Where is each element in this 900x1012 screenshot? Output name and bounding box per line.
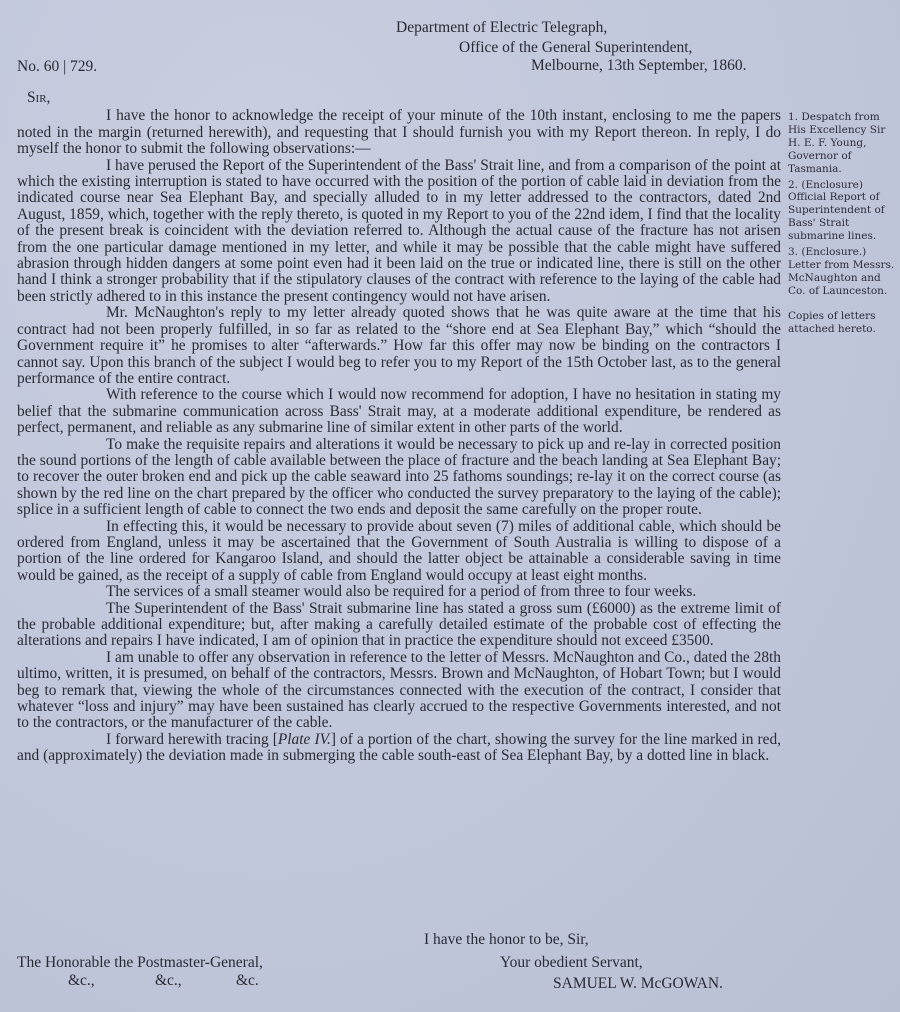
- plate-reference: Plate IV.: [278, 731, 331, 748]
- signature: SAMUEL W. McGOWAN.: [553, 975, 723, 993]
- addressee: The Honorable the Postmaster-General,: [17, 954, 263, 972]
- paragraph-repairs: To make the requisite repairs and altera…: [17, 437, 781, 519]
- paragraph-report-perusal: I have perused the Report of the Superin…: [17, 158, 781, 306]
- obedient-servant: Your obedient Servant,: [500, 954, 643, 972]
- margin-note-despatch: 1. Despatch from His Excellency Sir H. E…: [788, 111, 898, 176]
- paragraph-additional-cable: In effecting this, it would be necessary…: [17, 519, 781, 585]
- addressee-etc-2: &c.,: [155, 972, 182, 990]
- paragraph-acknowledgement: I have the honor to acknowledge the rece…: [17, 108, 781, 157]
- letter-body: Sir, I have the honor to acknowledge the…: [17, 90, 781, 765]
- department-heading: Department of Electric Telegraph,: [396, 19, 607, 37]
- margin-notes: 1. Despatch from His Excellency Sir H. E…: [788, 111, 898, 339]
- addressee-etc-1: &c.,: [68, 972, 95, 990]
- paragraph-recommendation: With reference to the course which I wou…: [17, 387, 781, 436]
- paragraph-tracing: I forward herewith tracing [Plate IV.] o…: [17, 732, 781, 765]
- closing-line: I have the honor to be, Sir,: [424, 931, 589, 949]
- place-date: Melbourne, 13th September, 1860.: [531, 57, 746, 75]
- salutation: Sir,: [17, 90, 781, 106]
- paragraph-expenditure: The Superintendent of the Bass' Strait s…: [17, 601, 781, 650]
- office-heading: Office of the General Superintendent,: [459, 39, 692, 57]
- reference-number: No. 60 | 729.: [17, 58, 97, 76]
- paragraph-mcnaughton-reply: Mr. McNaughton's reply to my letter alre…: [17, 305, 781, 387]
- paragraph-steamer: The services of a small steamer would al…: [17, 584, 781, 600]
- margin-note-copies: Copies of letters attached hereto.: [788, 310, 898, 336]
- addressee-etc-3: &c.: [236, 972, 259, 990]
- paragraph-contractors-letter: I am unable to offer any observation in …: [17, 650, 781, 732]
- margin-note-official-report: 2. (Enclosure) Official Report of Superi…: [788, 179, 898, 244]
- margin-note-letter: 3. (Enclosure.) Letter from Messrs. McNa…: [788, 246, 898, 298]
